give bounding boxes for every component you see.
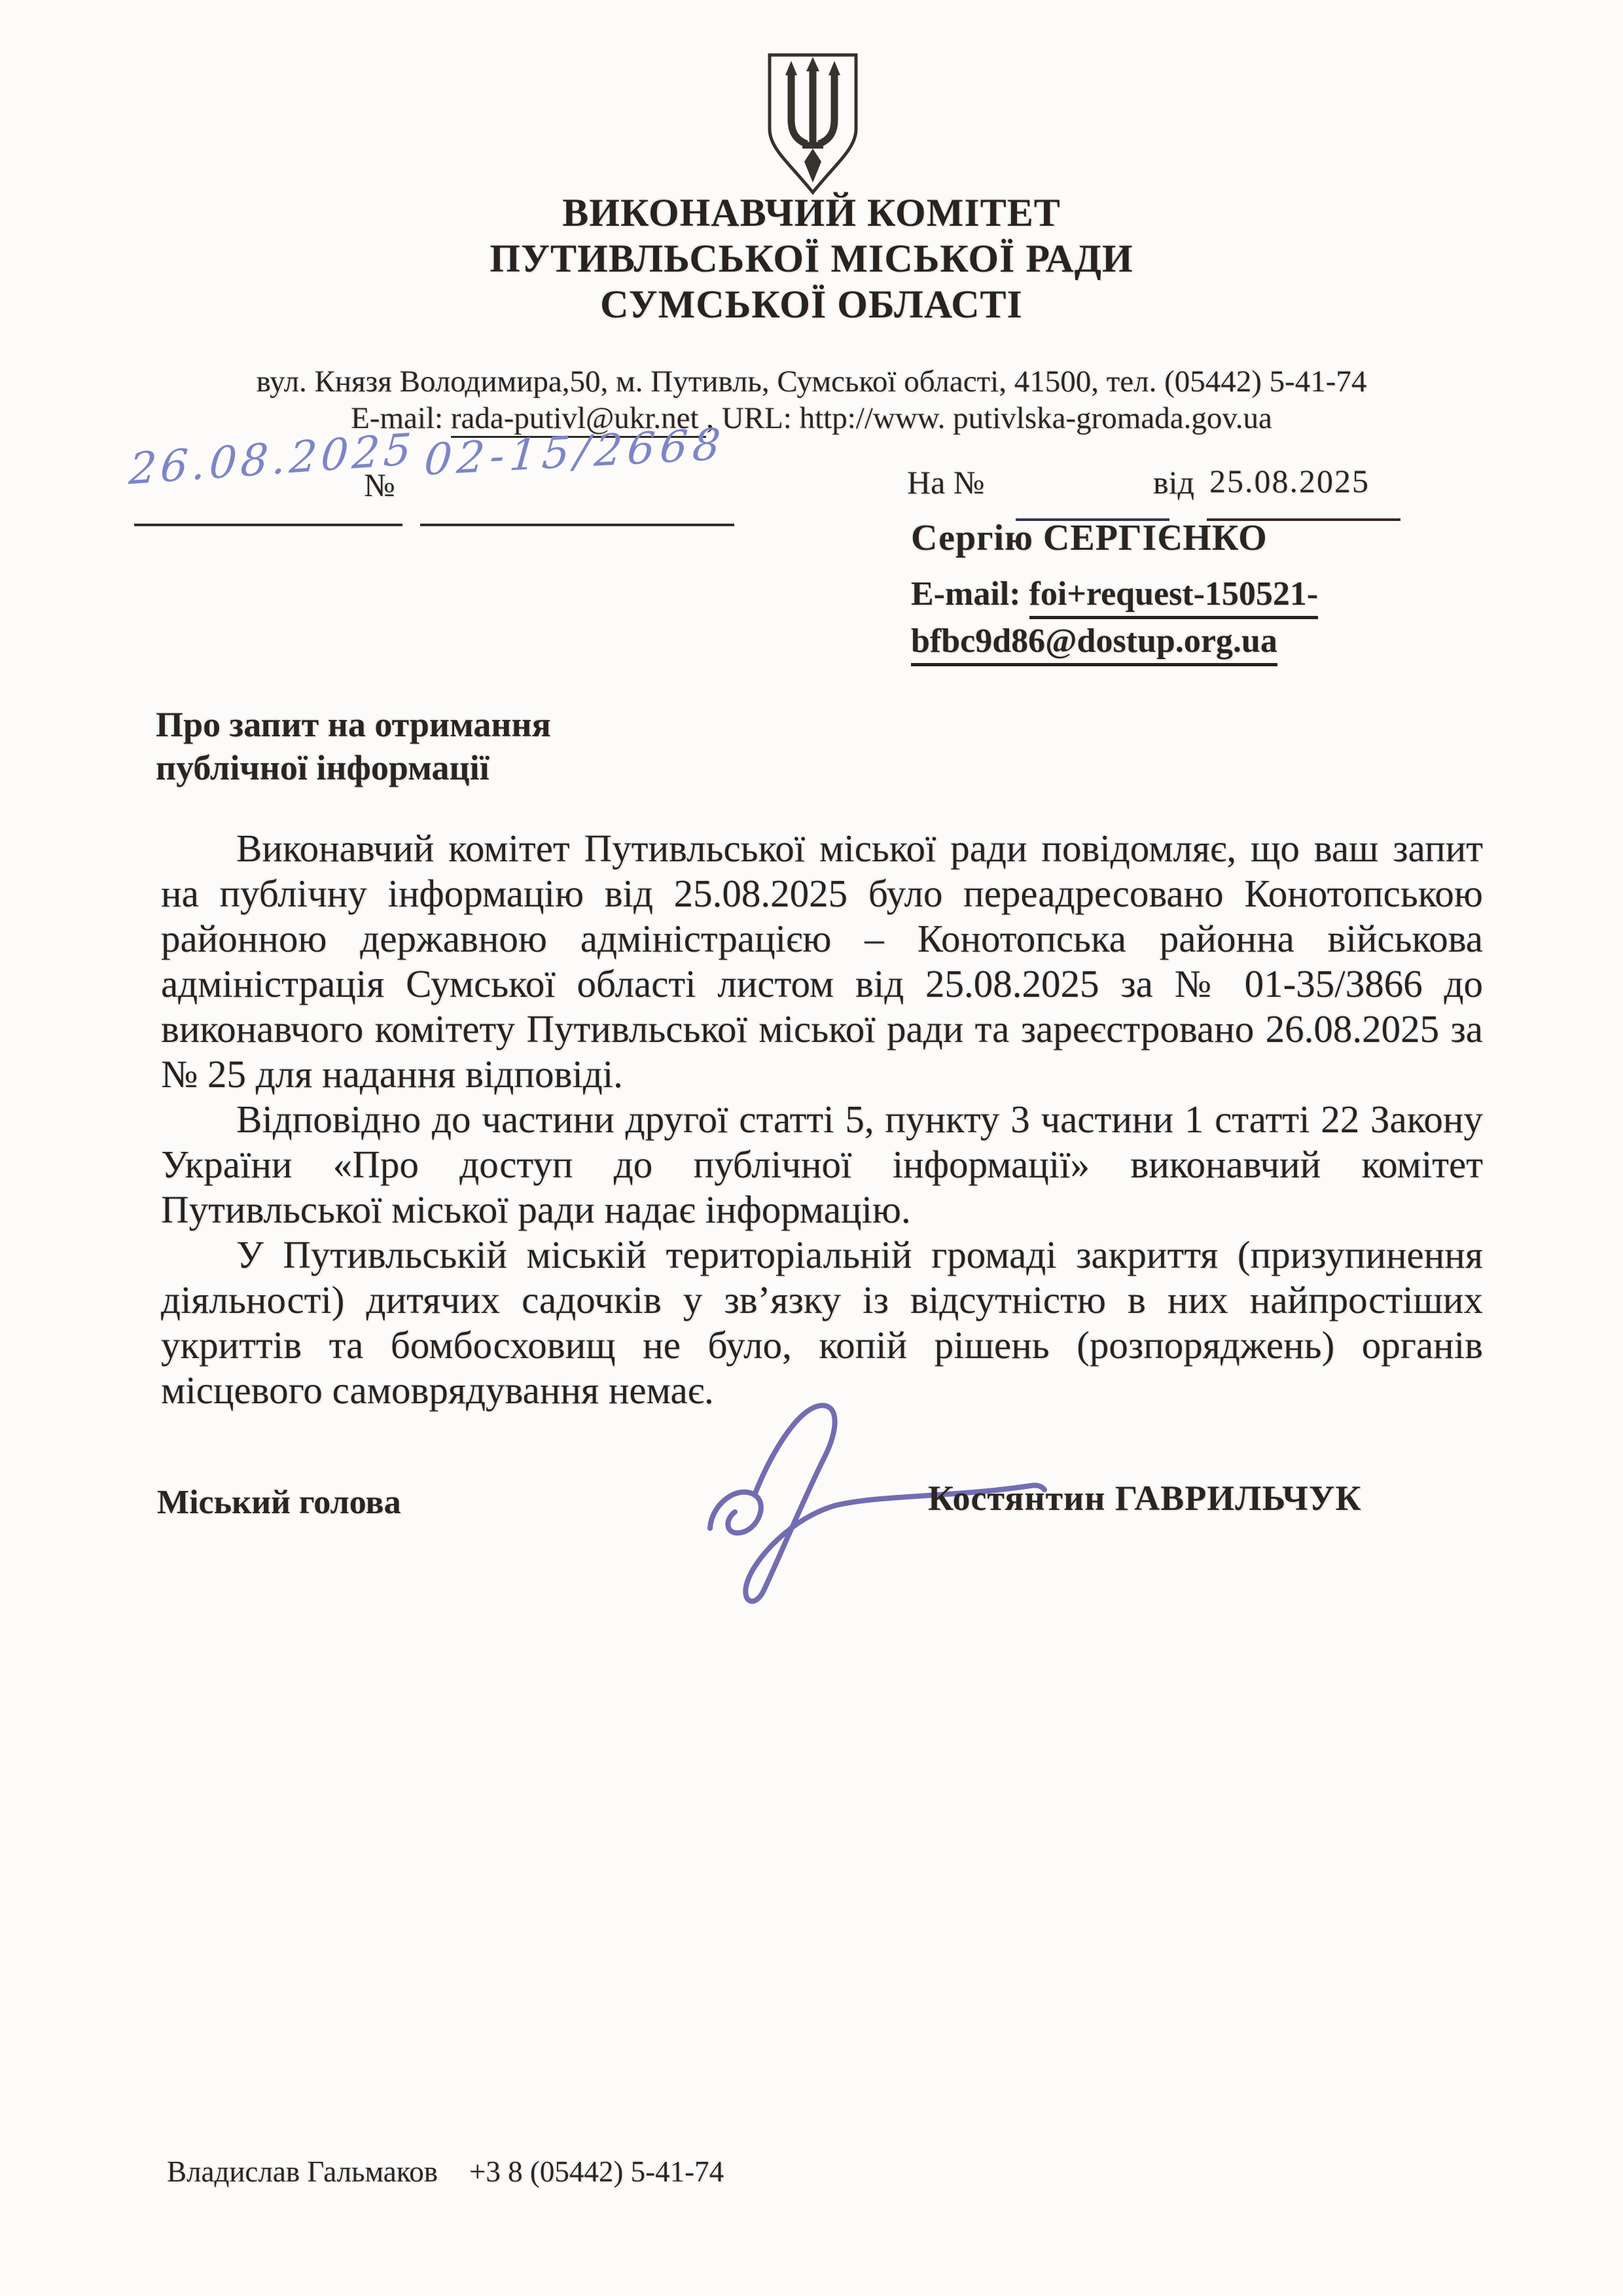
recipient-name: Сергію СЕРГІЄНКО [911, 517, 1268, 559]
executor-name: Владислав Гальмаков [167, 2155, 438, 2188]
body-line: районною державною адміністрацією – Коно… [161, 916, 1483, 961]
org-name: ВИКОНАВЧИЙ КОМІТЕТ ПУТИВЛЬСЬКОЇ МІСЬКОЇ … [0, 190, 1623, 327]
body-line: на публічну інформацію від 25.08.2025 бу… [161, 871, 1483, 916]
letter-body: Виконавчий комітет Путивльської міської … [161, 826, 1483, 1413]
body-line: Виконавчий комітет Путивльської міської … [161, 826, 1483, 871]
body-line: № 25 для надання відповіді. [161, 1052, 1483, 1097]
recipient-email-part-2: bfbc9d86@dostup.org.ua [911, 622, 1277, 666]
incoming-from-label: від [1153, 463, 1194, 501]
recipient-email-part-1: foi+request-150521- [1029, 575, 1319, 619]
recipient-email-line-2: bfbc9d86@dostup.org.ua [911, 618, 1318, 665]
subject-line-1: Про запит на отримання [156, 704, 551, 745]
executor-phone: +3 8 (05442) 5-41-74 [469, 2155, 724, 2188]
incoming-number-label: На № [907, 463, 985, 501]
body-line: Відповідно до частини другої статті 5, п… [161, 1097, 1483, 1142]
org-url-value: http://www. putivlska-gromada.gov.ua [800, 401, 1272, 435]
body-line: адміністрація Сумської області листом ві… [161, 961, 1483, 1007]
recipient-email-line-1: E-mail: foi+request-150521- [911, 571, 1318, 618]
body-line: виконавчого комітету Путивльської місько… [161, 1007, 1483, 1052]
ukraine-trident-emblem-icon [760, 51, 865, 196]
incoming-date: 25.08.2025 [1209, 462, 1370, 500]
body-line: діяльності) дитячих садочків у зв’язку і… [161, 1278, 1483, 1323]
org-contact-line: E-mail: rada-putivl@ukr.net , URL: http:… [0, 401, 1623, 436]
body-line: України «Про доступ до публічної інформа… [161, 1142, 1483, 1187]
outgoing-number-sign: № [364, 466, 395, 504]
subject-line-2: публічної інформації [156, 747, 490, 788]
org-name-line-2: ПУТИВЛЬСЬКОЇ МІСЬКОЇ РАДИ [0, 236, 1623, 281]
body-line: укриттів та бомбосховищ не було, копій р… [161, 1323, 1483, 1368]
executor-contact-line: Владислав Гальмаков+3 8 (05442) 5-41-74 [167, 2155, 724, 2189]
scanned-letter-page: ВИКОНАВЧИЙ КОМІТЕТ ПУТИВЛЬСЬКОЇ МІСЬКОЇ … [0, 0, 1623, 2296]
org-name-line-3: СУМСЬКОЇ ОБЛАСТІ [0, 281, 1623, 327]
recipient-email-block: E-mail: foi+request-150521- bfbc9d86@dos… [911, 571, 1318, 665]
org-address-line: вул. Князя Володимира,50, м. Путивль, Су… [0, 364, 1623, 399]
date-underline [134, 524, 402, 526]
number-underline [420, 524, 734, 526]
signatory-name: Костянтин ГАВРИЛЬЧУК [928, 1478, 1362, 1518]
signatory-title: Міський голова [157, 1483, 401, 1522]
recipient-email-label: E-mail: [911, 575, 1029, 613]
body-line: У Путивльській міській територіальній гр… [161, 1232, 1483, 1278]
org-name-line-1: ВИКОНАВЧИЙ КОМІТЕТ [0, 190, 1623, 236]
body-line: Путивльської міської ради надає інформац… [161, 1187, 1483, 1232]
